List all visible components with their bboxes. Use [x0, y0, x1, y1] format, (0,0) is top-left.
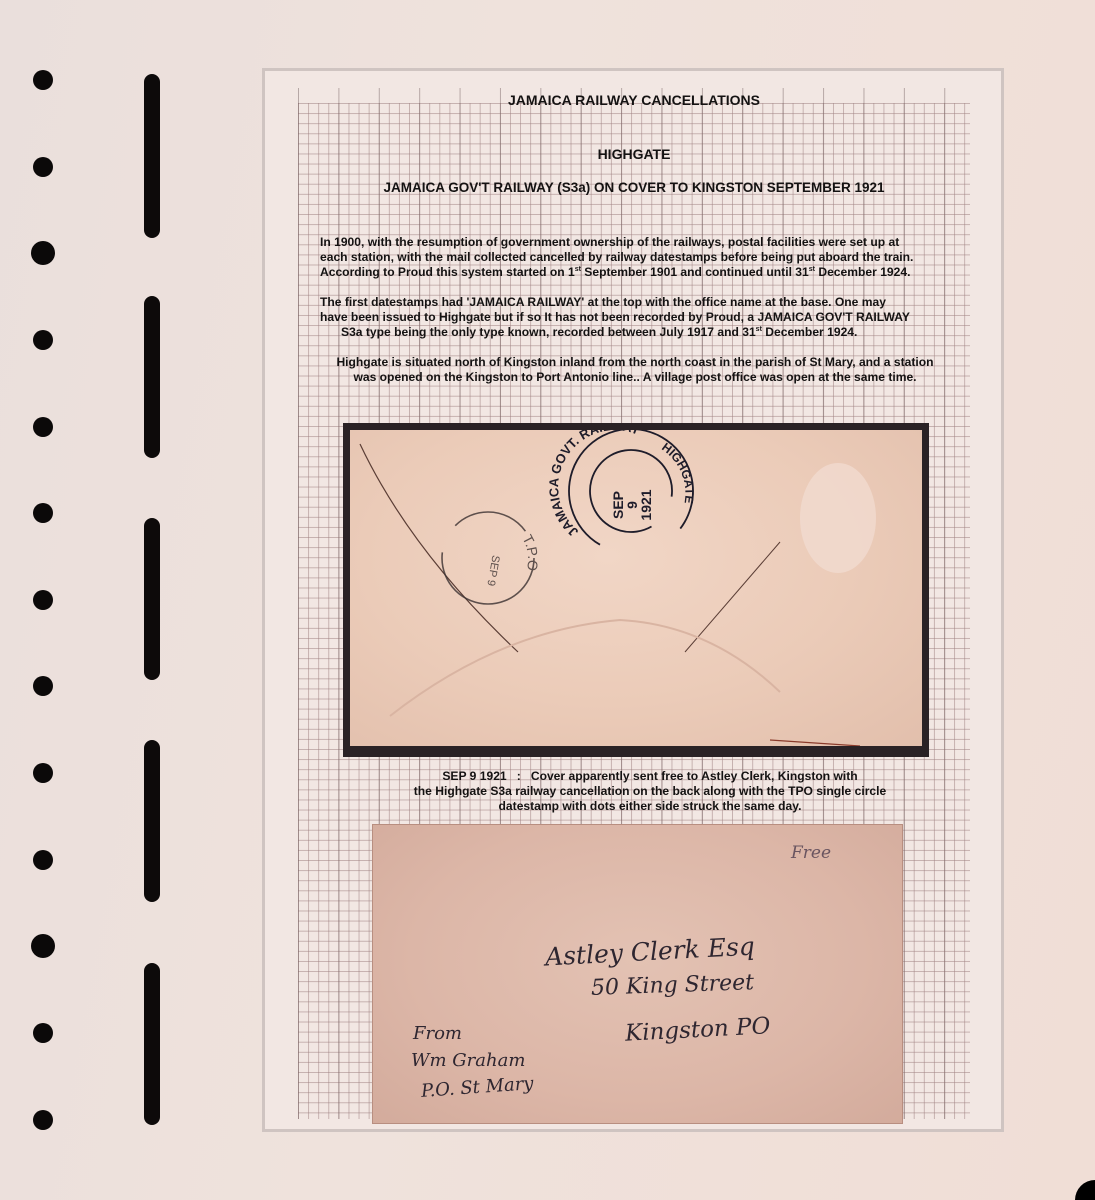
- cover-back-image: JAMAICA GOVT. RAILWAY HIGHGATE SEP 9 192…: [350, 430, 922, 746]
- paragraph-history: In 1900, with the resumption of governme…: [320, 235, 950, 280]
- binder-hole: [33, 330, 53, 350]
- text-line: The first datestamps had 'JAMAICA RAILWA…: [320, 295, 950, 310]
- svg-text:T.P.O: T.P.O: [519, 532, 541, 572]
- binder-hole: [33, 70, 53, 90]
- binder-hole: [33, 850, 53, 870]
- binder-slot: [144, 963, 160, 1125]
- railway-postmark: JAMAICA GOVT. RAILWAY HIGHGATE SEP 9 192…: [546, 430, 716, 576]
- page-title: JAMAICA RAILWAY CANCELLATIONS: [298, 92, 970, 108]
- address-line: Kingston PO: [624, 1013, 771, 1047]
- text-line: S3a type being the only type known, reco…: [320, 325, 950, 340]
- address-line: 50 King Street: [591, 970, 755, 1001]
- binder-hole: [33, 763, 53, 783]
- free-annotation: Free: [791, 843, 831, 863]
- binder-hole: [33, 1110, 53, 1130]
- binder-slot: [144, 518, 160, 680]
- paragraph-location: Highgate is situated north of Kingston i…: [320, 355, 950, 385]
- page-subtitle: HIGHGATE: [298, 146, 970, 162]
- text-line: In 1900, with the resumption of governme…: [320, 235, 950, 250]
- caption-line: SEP 9 1921 : Cover apparently sent free …: [380, 769, 920, 784]
- svg-text:SEP 9: SEP 9: [484, 554, 501, 587]
- caption-line: the Highgate S3a railway cancellation on…: [380, 784, 920, 799]
- binder-hole: [31, 934, 55, 958]
- svg-text:1921: 1921: [638, 489, 654, 520]
- binder-slot: [144, 740, 160, 902]
- caption-line: datestamp with dots either side struck t…: [380, 799, 920, 814]
- svg-text:JAMAICA GOVT. RAILWAY: JAMAICA GOVT. RAILWAY: [546, 430, 643, 540]
- binder-hole: [33, 676, 53, 696]
- cover-caption: SEP 9 1921 : Cover apparently sent free …: [380, 769, 920, 814]
- text-line: each station, with the mail collected ca…: [320, 250, 950, 265]
- page-heading: JAMAICA GOV'T RAILWAY (S3a) ON COVER TO …: [298, 180, 970, 195]
- sender-line: From: [413, 1023, 462, 1044]
- text-line: Highgate is situated north of Kingston i…: [320, 355, 950, 370]
- text-line: have been issued to Highgate but if so I…: [320, 310, 950, 325]
- binder-slot: [144, 74, 160, 238]
- binder-hole: [33, 1023, 53, 1043]
- sender-line: Wm Graham: [411, 1050, 525, 1071]
- paragraph-datestamps: The first datestamps had 'JAMAICA RAILWA…: [320, 295, 950, 340]
- binder-hole: [33, 590, 53, 610]
- tpo-postmark: T.P.O SEP 9: [442, 512, 541, 604]
- sender-line: P.O. St Mary: [420, 1073, 534, 1102]
- binder-hole: [33, 417, 53, 437]
- text-line: was opened on the Kingston to Port Anton…: [320, 370, 950, 385]
- binder-hole: [33, 157, 53, 177]
- text-line: According to Proud this system started o…: [320, 265, 950, 280]
- cover-front-image: Free Astley Clerk Esq 50 King Street Kin…: [372, 824, 903, 1124]
- binder-hole: [33, 503, 53, 523]
- binder-slot: [144, 296, 160, 458]
- address-line: Astley Clerk Esq: [544, 932, 755, 972]
- binder-hole: [31, 241, 55, 265]
